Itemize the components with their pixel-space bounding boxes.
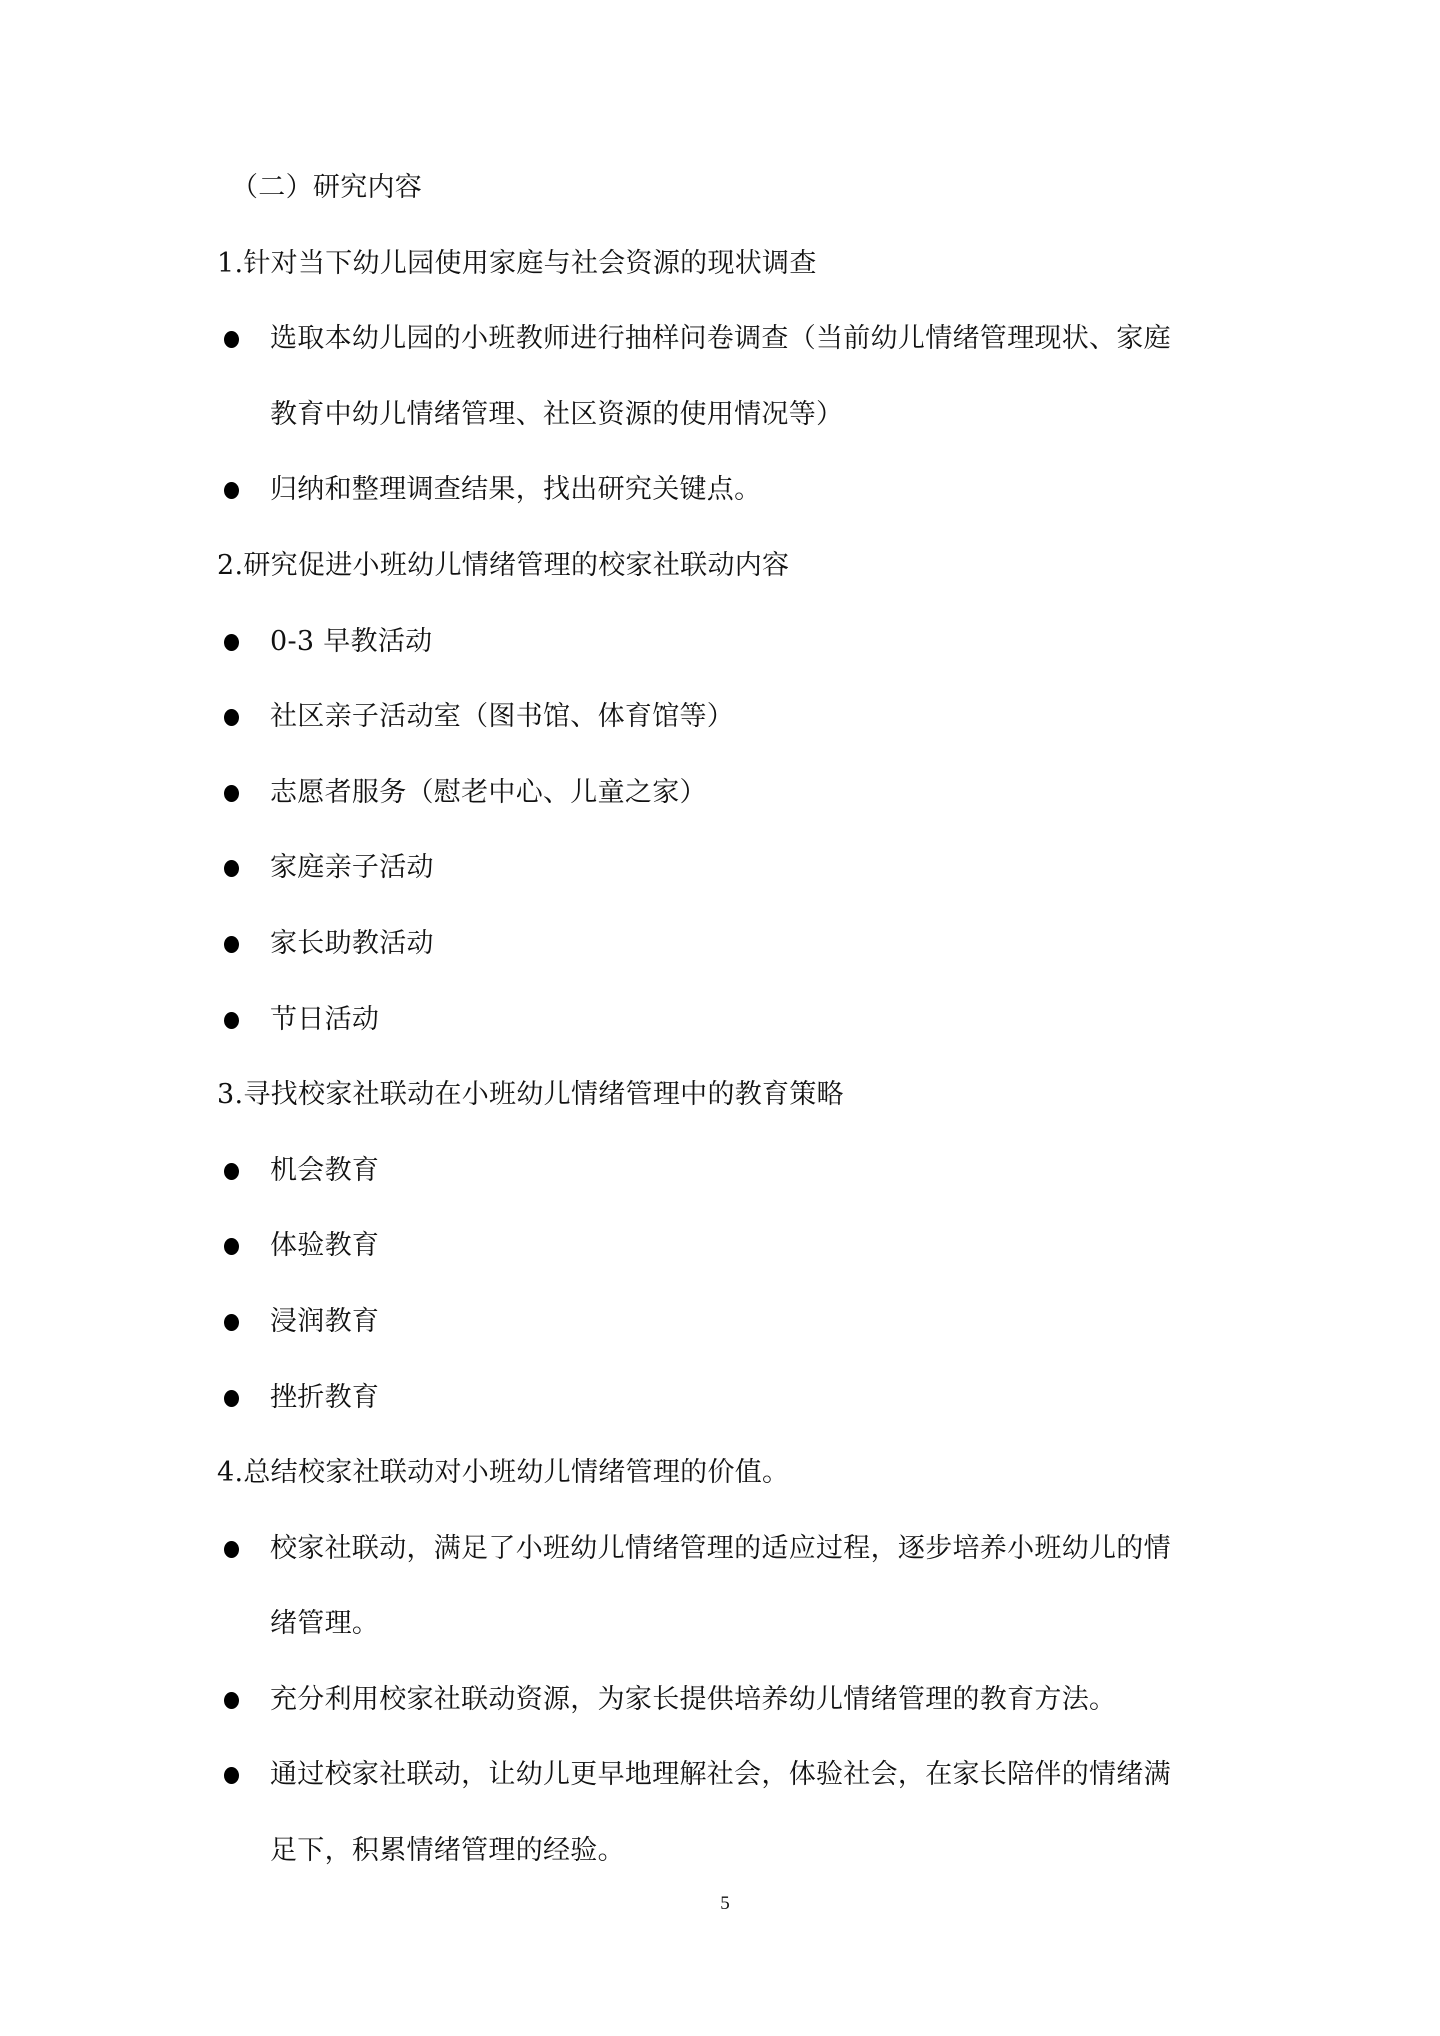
bullet-text: 社区亲子活动室（图书馆、体育馆等） (270, 701, 734, 732)
bullet-text: 充分利用校家社联动资源，为家长提供培养幼儿情绪管理的教育方法。 (270, 1684, 1116, 1715)
bullet-item: 通过校家社联动，让幼儿更早地理解社会，体验社会，在家长陪伴的情绪满 (217, 1737, 1232, 1813)
bullet-item: 充分利用校家社联动资源，为家长提供培养幼儿情绪管理的教育方法。 (217, 1662, 1232, 1738)
bullet-item: 机会教育 (217, 1133, 1232, 1209)
bullet-item: 志愿者服务（慰老中心、儿童之家） (217, 755, 1232, 831)
bullet-item: 家庭亲子活动 (217, 830, 1232, 906)
bullet-item: 校家社联动，满足了小班幼儿情绪管理的适应过程，逐步培养小班幼儿的情 (217, 1511, 1232, 1587)
page-number: 5 (0, 1890, 1440, 1918)
bullet-icon (224, 1541, 239, 1558)
bullet-text: 挫折教育 (270, 1382, 379, 1413)
item-title-1: 1.针对当下幼儿园使用家庭与社会资源的现状调查 (217, 226, 1232, 302)
bullet-text: 选取本幼儿园的小班教师进行抽样问卷调查（当前幼儿情绪管理现状、家庭 (270, 323, 1171, 354)
bullet-text: 校家社联动，满足了小班幼儿情绪管理的适应过程，逐步培养小班幼儿的情 (270, 1533, 1171, 1564)
bullet-icon (224, 1012, 239, 1029)
bullet-icon (224, 1692, 239, 1709)
section-heading: （二）研究内容 (217, 150, 1232, 226)
bullet-icon (224, 1163, 239, 1180)
bullet-item: 家长助教活动 (217, 906, 1232, 982)
bullet-icon (224, 785, 239, 802)
bullet-icon (224, 860, 239, 877)
bullet-continuation: 教育中幼儿情绪管理、社区资源的使用情况等） (217, 377, 1232, 453)
bullet-continuation: 足下，积累情绪管理的经验。 (217, 1813, 1232, 1889)
bullet-item: 节日活动 (217, 982, 1232, 1058)
bullet-icon (224, 1390, 239, 1407)
bullet-item: 挫折教育 (217, 1360, 1232, 1436)
bullet-icon (224, 709, 239, 726)
bullet-text: 节日活动 (270, 1004, 379, 1035)
bullet-item: 浸润教育 (217, 1284, 1232, 1360)
bullet-icon (224, 936, 239, 953)
bullet-text: 浸润教育 (270, 1306, 379, 1337)
bullet-item: 体验教育 (217, 1208, 1232, 1284)
bullet-text: 体验教育 (270, 1230, 379, 1261)
bullet-continuation: 绪管理。 (217, 1586, 1232, 1662)
page-content: （二）研究内容 1.针对当下幼儿园使用家庭与社会资源的现状调查 选取本幼儿园的小… (217, 150, 1232, 1889)
bullet-item: 社区亲子活动室（图书馆、体育馆等） (217, 679, 1232, 755)
bullet-icon (224, 482, 239, 499)
item-title-2: 2.研究促进小班幼儿情绪管理的校家社联动内容 (217, 528, 1232, 604)
bullet-icon (224, 331, 239, 348)
bullet-item: 0-3 早教活动 (217, 604, 1232, 680)
bullet-text: 家长助教活动 (270, 928, 434, 959)
bullet-icon (224, 1314, 239, 1331)
item-title-3: 3.寻找校家社联动在小班幼儿情绪管理中的教育策略 (217, 1057, 1232, 1133)
bullet-text: 归纳和整理调查结果，找出研究关键点。 (270, 474, 761, 505)
bullet-item: 归纳和整理调查结果，找出研究关键点。 (217, 452, 1232, 528)
bullet-item: 选取本幼儿园的小班教师进行抽样问卷调查（当前幼儿情绪管理现状、家庭 (217, 301, 1232, 377)
bullet-text: 志愿者服务（慰老中心、儿童之家） (270, 777, 707, 808)
bullet-text: 家庭亲子活动 (270, 852, 434, 883)
bullet-text: 0-3 早教活动 (270, 626, 432, 657)
bullet-icon (224, 634, 239, 651)
bullet-icon (224, 1767, 239, 1784)
bullet-text: 机会教育 (270, 1155, 379, 1186)
document-page: （二）研究内容 1.针对当下幼儿园使用家庭与社会资源的现状调查 选取本幼儿园的小… (0, 0, 1440, 2036)
item-title-4: 4.总结校家社联动对小班幼儿情绪管理的价值。 (217, 1435, 1232, 1511)
bullet-icon (224, 1238, 239, 1255)
bullet-text: 通过校家社联动，让幼儿更早地理解社会，体验社会，在家长陪伴的情绪满 (270, 1759, 1171, 1790)
